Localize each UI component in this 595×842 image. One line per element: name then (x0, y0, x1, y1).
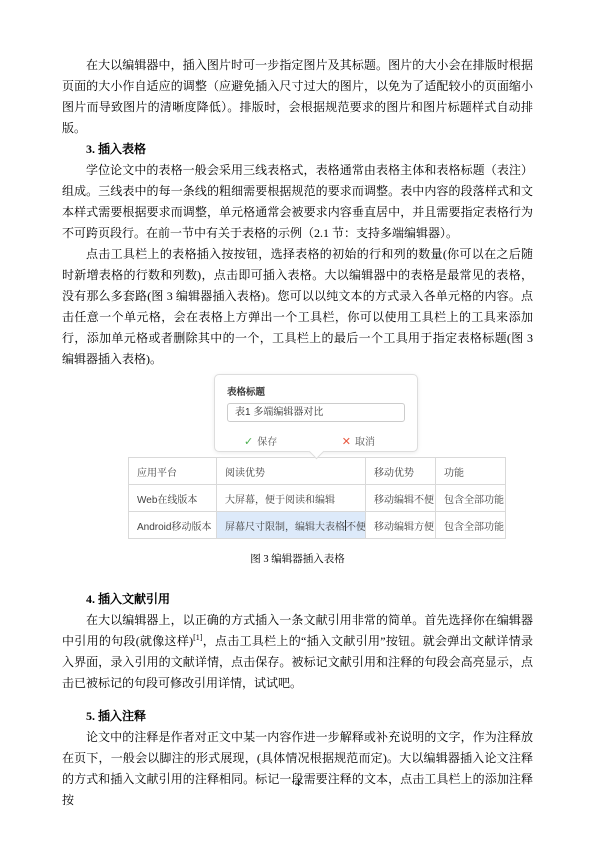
editor-table: 应用平台 阅读优势 移动优势 功能 Web在线版本 大屏幕，便于阅读和编辑 移动… (128, 457, 506, 539)
table-title-label: 表格标题 (227, 384, 405, 398)
heading-insert-note: 5. 插入注释 (62, 706, 533, 727)
paragraph-table-format: 学位论文中的表格一般会采用三线表格式，表格通常由表格主体和表格标题（表注）组成。… (62, 160, 533, 244)
table-header-reading[interactable]: 阅读优势 (217, 458, 366, 485)
save-button[interactable]: ✓保存 (244, 433, 277, 448)
table-title-popup: 表格标题 表1 多端编辑器对比 ✓保存 ✕取消 (214, 374, 418, 452)
paragraph-citation: 在大以编辑器上，以正确的方式插入一条文献引用非常的简单。首先选择你在编辑器中引用… (62, 610, 533, 694)
thesis-page: 在大以编辑器中，插入图片时可一步指定图片及其标题。图片的大小会在排版时根据页面的… (0, 0, 595, 842)
table-cell[interactable]: Android移动版本 (129, 512, 217, 539)
paragraph-table-usage: 点击工具栏上的表格插入按按钮，选择表格的初始的行和列的数量(你可以在之后随时新增… (62, 244, 533, 370)
table-cell[interactable]: Web在线版本 (129, 485, 217, 512)
table-row-web: Web在线版本 大屏幕，便于阅读和编辑 移动编辑不便 包含全部功能 (129, 485, 506, 512)
paragraph-note: 论文中的注释是作者对正文中某一内容作进一步解释或补充说明的文字，作为注释放在页下… (62, 727, 533, 811)
active-cell-text-after: 不便 (346, 522, 366, 533)
table-title-input-value: 表1 多端编辑器对比 (235, 407, 323, 418)
table-cell[interactable]: 包含全部功能 (436, 512, 506, 539)
heading-insert-citation: 4. 插入文献引用 (62, 589, 533, 610)
table-cell[interactable]: 包含全部功能 (436, 485, 506, 512)
cancel-button[interactable]: ✕取消 (342, 433, 375, 448)
page-number: 4 (0, 777, 595, 789)
table-cell[interactable]: 移动编辑不便 (366, 485, 436, 512)
cancel-button-label: 取消 (355, 437, 375, 448)
heading-insert-table: 3. 插入表格 (62, 139, 533, 160)
table-cell-active[interactable]: 屏幕尺寸限制，编辑大表格不便 (217, 512, 366, 539)
table-row-android: Android移动版本 屏幕尺寸限制，编辑大表格不便 移动编辑方便 包含全部功能 (129, 512, 506, 539)
x-icon: ✕ (342, 436, 351, 448)
table-cell[interactable]: 大屏幕，便于阅读和编辑 (217, 485, 366, 512)
table-cell[interactable]: 移动编辑方便 (366, 512, 436, 539)
table-header-platform[interactable]: 应用平台 (129, 458, 217, 485)
table-title-input[interactable]: 表1 多端编辑器对比 (227, 403, 405, 422)
save-button-label: 保存 (257, 437, 277, 448)
table-header-mobile[interactable]: 移动优势 (366, 458, 436, 485)
check-icon: ✓ (244, 436, 253, 448)
active-cell-text-before: 屏幕尺寸限制，编辑大表格 (225, 522, 345, 533)
table-header-feature[interactable]: 功能 (436, 458, 506, 485)
table-header-row: 应用平台 阅读优势 移动优势 功能 (129, 458, 506, 485)
paragraph-image-insertion: 在大以编辑器中，插入图片时可一步指定图片及其标题。图片的大小会在排版时根据页面的… (62, 55, 533, 139)
figure-caption: 图 3 编辑器插入表格 (62, 553, 533, 567)
figure-editor-table-screenshot: 表格标题 表1 多端编辑器对比 ✓保存 ✕取消 应用平台 阅读优势 移动优势 功… (128, 374, 505, 539)
